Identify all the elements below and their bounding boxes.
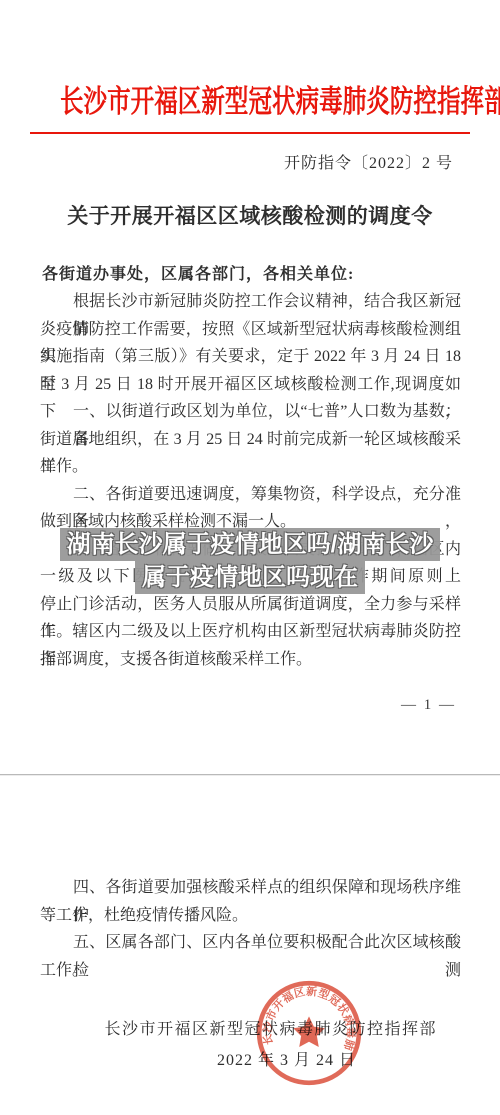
watermark-line-1: 湖南长沙属于疫情地区吗/湖南长沙	[60, 528, 441, 561]
document-page-2: 四、各街道要加强核酸采样点的组织保障和现场秩序维护等工作，杜绝疫情传播风险。五、…	[0, 775, 500, 1114]
body-line: 工作。	[40, 453, 461, 481]
body-line: 四、各街道要加强核酸采样点的组织保障和现场秩序维护	[40, 874, 461, 902]
body-line: 作。辖区内二级及以上医疗机构由区新型冠状病毒肺炎防控指	[40, 618, 461, 646]
issuing-authority-header: 长沙市开福区新型冠状病毒肺炎防控指挥部	[60, 78, 440, 126]
body-line: 等工作，杜绝疫情传播风险。	[40, 902, 461, 930]
body-line: 挥部调度，支援各街道核酸采样工作。	[40, 646, 461, 674]
document-number: 开防指令〔2022〕2 号	[284, 150, 453, 173]
watermark-line-2: 属于疫情地区吗现在	[135, 561, 365, 594]
body-line: 停止门诊活动，医务人员服从所属街道调度，全力参与采样工	[40, 591, 461, 619]
document-title: 关于开展开福区区域核酸检测的调度令	[0, 200, 500, 230]
overlay-caption-watermark: 湖南长沙属于疫情地区吗/湖南长沙 属于疫情地区吗现在	[0, 528, 500, 594]
document-page-1: 长沙市开福区新型冠状病毒肺炎防控指挥部 开防指令〔2022〕2 号 关于开展开福…	[0, 0, 500, 775]
page1-body: 根据长沙市新冠肺炎防控工作会议精神，结合我区新冠肺炎疫情防控工作需要，按照《区域…	[40, 288, 461, 673]
body-line: 至 3 月 25 日 18 时开展开福区区域核酸检测工作,现调度如下：	[40, 371, 461, 399]
seal-star-icon	[293, 1016, 325, 1047]
official-red-seal: 长沙市开福区新型冠状病毒肺炎防控指挥部	[254, 978, 364, 1088]
body-line: 炎疫情防控工作需要，按照《区域新型冠状病毒核酸检测组织	[40, 316, 461, 344]
body-line: 五、区属各部门、区内各单位要积极配合此次区域核酸检测	[40, 929, 461, 957]
page2-body: 四、各街道要加强核酸采样点的组织保障和现场秩序维护等工作，杜绝疫情传播风险。五、…	[40, 874, 461, 984]
body-line: 实施指南（第三版）》有关要求，定于 2022 年 3 月 24 日 18 时	[40, 343, 461, 371]
body-line: 二、各街道要迅速调度，筹集物资，科学设点，充分准备，	[40, 481, 461, 509]
page-number: — 1 —	[401, 697, 456, 714]
body-line: 街道属地组织，在 3 月 25 日 24 时前完成新一轮区域核酸采样	[40, 426, 461, 454]
body-line: 一、以街道行政区划为单位，以“七普”人口数为基数，各	[40, 398, 461, 426]
header-red-rule	[30, 132, 470, 134]
body-line: 根据长沙市新冠肺炎防控工作会议精神，结合我区新冠肺	[40, 288, 461, 316]
salutation-line: 各街道办事处，区属各部门，各相关单位:	[42, 261, 354, 284]
